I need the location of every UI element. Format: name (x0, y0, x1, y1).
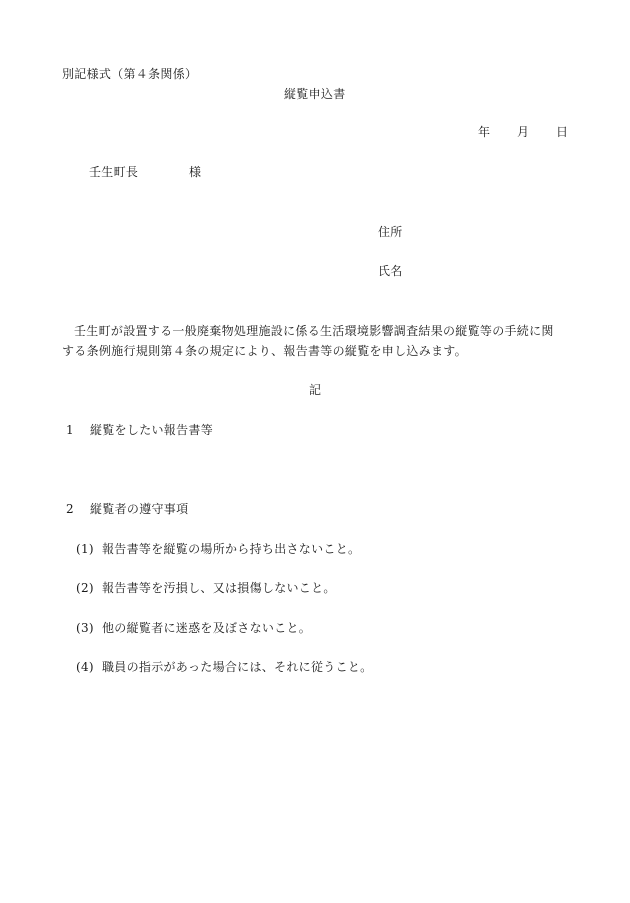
rule-item: (4)職員の指示があった場合には、それに従うこと。 (76, 659, 372, 675)
addressee-honorific: 様 (189, 164, 201, 180)
rule-marker: (2) (76, 580, 102, 596)
document-title: 縦覧申込書 (284, 86, 346, 102)
name-label: 氏名 (378, 263, 403, 279)
body-text-line-1: 壬生町が設置する一般廃棄物処理施設に係る生活環境影響調査結果の縦覧等の手続に関 (74, 323, 554, 339)
address-label: 住所 (378, 224, 403, 240)
section-title: 縦覧者の遵守事項 (90, 502, 188, 516)
section-number: 1 (66, 422, 90, 438)
form-label: 別記様式（第４条関係） (62, 66, 197, 82)
rule-item: (1)報告書等を縦覧の場所から持ち出さないこと。 (76, 541, 360, 557)
rule-text: 報告書等を縦覧の場所から持ち出さないこと。 (102, 542, 360, 556)
section-1: 1縦覧をしたい報告書等 (66, 422, 213, 438)
rule-item: (3)他の縦覧者に迷惑を及ぼさないこと。 (76, 620, 311, 636)
rule-item: (2)報告書等を汚損し、又は損傷しないこと。 (76, 580, 336, 596)
date-year: 年 (478, 124, 490, 140)
rule-marker: (4) (76, 659, 102, 675)
rule-marker: (3) (76, 620, 102, 636)
section-number: 2 (66, 501, 90, 517)
rule-text: 報告書等を汚損し、又は損傷しないこと。 (102, 581, 336, 595)
section-2: 2縦覧者の遵守事項 (66, 501, 188, 517)
rule-text: 職員の指示があった場合には、それに従うこと。 (102, 660, 372, 674)
date-day: 日 (556, 124, 568, 140)
body-text-line-2: する条例施行規則第４条の規定により、報告書等の縦覧を申し込みます。 (62, 343, 467, 359)
ki-heading: 記 (309, 382, 321, 398)
rule-marker: (1) (76, 541, 102, 557)
addressee-name: 壬生町長 (89, 164, 138, 180)
section-title: 縦覧をしたい報告書等 (90, 423, 213, 437)
date-month: 月 (517, 124, 529, 140)
rule-text: 他の縦覧者に迷惑を及ぼさないこと。 (102, 621, 311, 635)
